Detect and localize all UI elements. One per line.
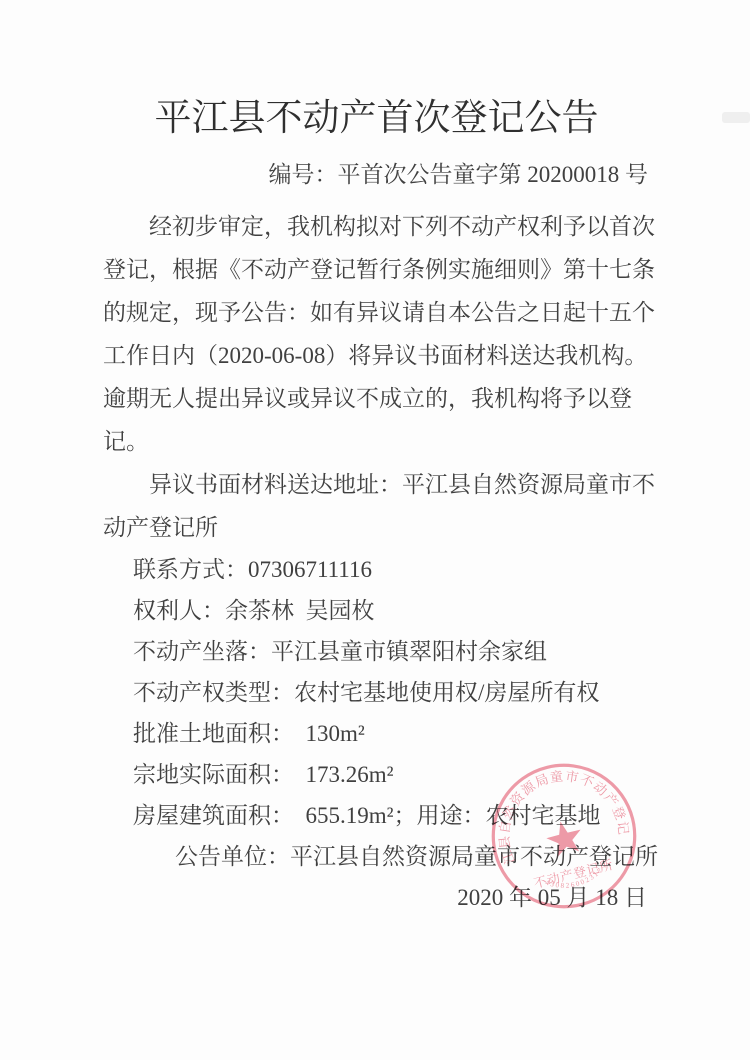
paragraph-line: 登记，根据《不动产登记暂行条例实施细则》第十七条 xyxy=(103,248,648,291)
objection-address-line: 异议书面材料送达地址：平江县自然资源局童市不 xyxy=(103,463,648,506)
document-number: 编号：平首次公告童字第 20200018 号 xyxy=(103,160,648,190)
parcel-actual-area-line: 宗地实际面积： 173.26m² xyxy=(103,754,648,795)
owner-line: 权利人：余茶林 吴园枚 xyxy=(103,590,648,631)
objection-address-line: 动产登记所 xyxy=(103,506,648,549)
paragraph-line: 工作日内（2020-06-08）将异议书面材料送达我机构。 xyxy=(103,334,648,377)
contact-line: 联系方式：07306711116 xyxy=(103,549,648,590)
document-body: 经初步审定，我机构拟对下列不动产权利予以首次 登记，根据《不动产登记暂行条例实施… xyxy=(103,205,648,918)
page-title: 平江县不动产首次登记公告 xyxy=(103,95,650,143)
issuer-line: 公告单位：平江县自然资源局童市不动产登记所 xyxy=(103,836,648,877)
announcement-document: 平江县不动产首次登记公告 编号：平首次公告童字第 20200018 号 经初步审… xyxy=(0,0,750,1060)
paragraph-line: 经初步审定，我机构拟对下列不动产权利予以首次 xyxy=(103,205,648,248)
paragraph-line: 逾期无人提出异议或异议不成立的，我机构将予以登 xyxy=(103,377,648,420)
scan-artifact-mark xyxy=(722,112,750,123)
date-line: 2020 年 05 月 18 日 xyxy=(103,877,648,918)
approved-land-area-line: 批准土地面积： 130m² xyxy=(103,713,648,754)
building-area-line: 房屋建筑面积： 655.19m²；用途：农村宅基地 xyxy=(103,795,648,836)
right-type-line: 不动产权类型：农村宅基地使用权/房屋所有权 xyxy=(103,672,648,713)
paragraph-line: 的规定，现予公告：如有异议请自本公告之日起十五个 xyxy=(103,291,648,334)
location-line: 不动产坐落：平江县童市镇翠阳村余家组 xyxy=(103,631,648,672)
paragraph-line: 记。 xyxy=(103,420,648,463)
